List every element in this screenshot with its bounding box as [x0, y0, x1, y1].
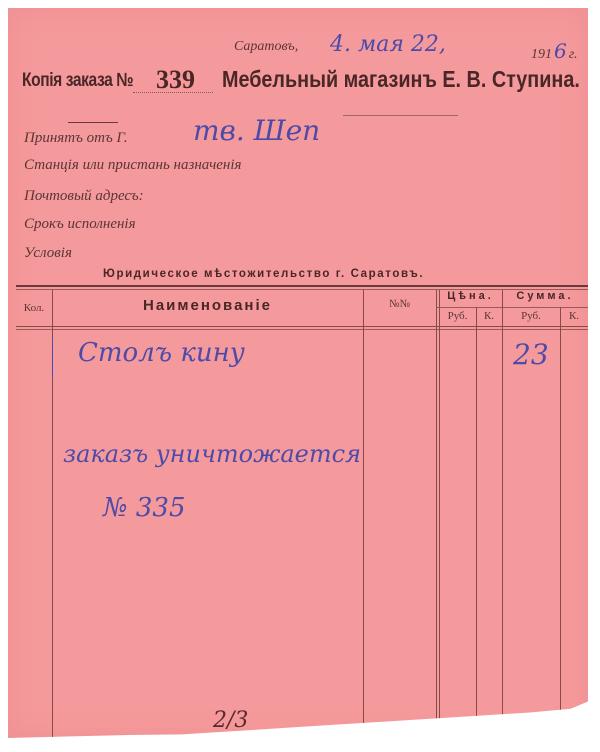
col-header-sum-kop: К.	[560, 310, 588, 322]
row-3-order-ref: № 335	[103, 493, 186, 523]
underline-mid	[343, 115, 458, 116]
col-divider-price	[502, 290, 503, 724]
order-number: 339	[156, 65, 195, 95]
col-header-sum-rub: Руб.	[502, 310, 560, 322]
table-top-rule	[16, 285, 588, 287]
col-header-name: Наименованіе	[52, 297, 363, 314]
year-handwritten: 6	[554, 39, 567, 63]
col-header-qty: Кол.	[16, 302, 52, 314]
year-prefix: 191	[531, 47, 552, 62]
col-header-price-kop: К.	[476, 310, 502, 322]
row-1-item-name: Столъ кину	[78, 338, 245, 368]
col-header-sum: Сумма.	[502, 290, 588, 302]
field-deadline-label: Срокъ исполненія	[24, 216, 136, 233]
row-2-note: заказъ уничтожается	[63, 440, 361, 468]
archive-stamp: СМК 46639	[478, 720, 549, 734]
field-conditions-label: Условія	[24, 245, 72, 262]
order-form-paper: Саратовъ, 4. мая 22, 1916г. Копія заказа…	[8, 8, 588, 738]
col-header-price: Цѣна.	[439, 290, 502, 302]
shop-name: Мебельный магазинъ Е. В. Ступина.	[222, 66, 580, 93]
page-note: 2/3	[213, 708, 248, 733]
col-divider-name	[363, 290, 364, 730]
col-divider-price-kop	[476, 307, 477, 725]
col-divider-number	[436, 290, 437, 726]
row-1-sum-rub: 23	[513, 338, 549, 371]
underline-short	[68, 122, 118, 123]
field-postal-address-label: Почтовый адресъ:	[24, 188, 144, 205]
field-received-from-value: тв. Шеп	[193, 114, 320, 147]
field-destination-label: Станція или пристань назначенія	[24, 157, 241, 174]
col-header-number: №№	[363, 298, 436, 310]
year-suffix: г.	[569, 47, 578, 62]
city-label: Саратовъ,	[234, 39, 298, 55]
order-copy-label: Копія заказа №	[22, 70, 133, 92]
handwritten-date: 4. мая 22,	[330, 32, 446, 57]
col-header-price-rub: Руб.	[439, 310, 476, 322]
field-received-from-label: Принятъ отъ Г.	[24, 130, 128, 147]
year-printed: 1916г.	[531, 39, 578, 63]
legal-address: Юридическое мѣстожительство г. Саратовъ.	[103, 268, 424, 280]
row-1-qty-mark	[52, 338, 53, 378]
col-divider-number-double	[439, 290, 440, 726]
table-subheader-rule	[436, 307, 588, 308]
col-divider-sum-kop	[560, 307, 561, 723]
